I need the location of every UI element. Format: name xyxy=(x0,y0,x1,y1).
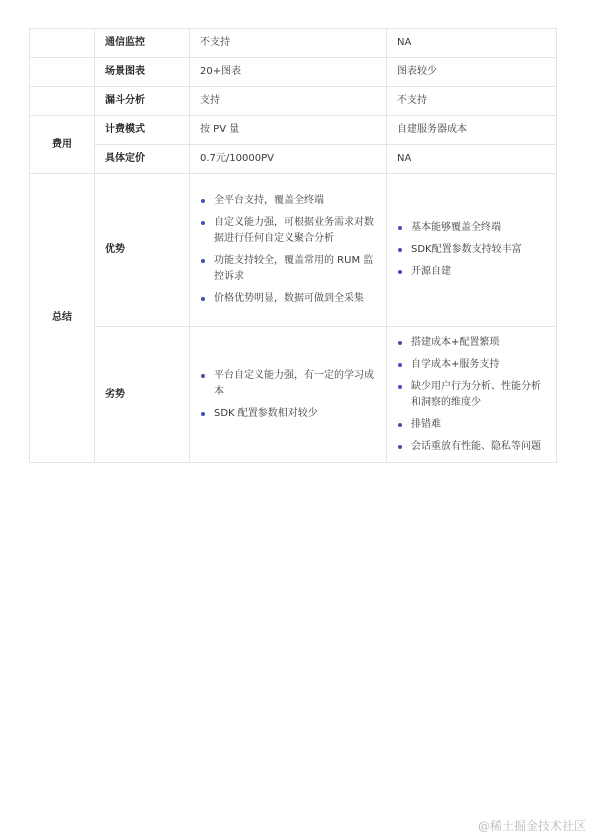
category-cell xyxy=(30,29,95,58)
feature-cell: 漏斗分析 xyxy=(95,87,190,116)
table-row: 通信监控 不支持 NA xyxy=(30,29,557,58)
bullet-icon xyxy=(201,412,205,416)
advantages-list-a-cell: 全平台支持，覆盖全终端 自定义能力强，可根据业务需求对数据进行任何自定义聚合分析… xyxy=(190,174,387,327)
category-cell xyxy=(30,58,95,87)
list-item: 基本能够覆盖全终端 xyxy=(397,220,546,236)
table-row: 场景图表 20+图表 图表较少 xyxy=(30,58,557,87)
feature-cell: 计费模式 xyxy=(95,116,190,145)
bullet-icon xyxy=(398,248,402,252)
disadvantages-list-b-cell: 搭建成本+配置繁琐 自学成本+服务支持 缺少用户行为分析、性能分析和洞察的维度少… xyxy=(387,327,557,463)
list-item: 缺少用户行为分析、性能分析和洞察的维度少 xyxy=(397,379,546,411)
table-row-advantages: 总结 优势 全平台支持，覆盖全终端 自定义能力强，可根据业务需求对数据进行任何自… xyxy=(30,174,557,327)
list-item: 自定义能力强，可根据业务需求对数据进行任何自定义聚合分析 xyxy=(200,215,376,247)
value-cell-a: 不支持 xyxy=(190,29,387,58)
bullet-icon xyxy=(398,385,402,389)
disadvantages-list-a-cell: 平台自定义能力强，有一定的学习成本 SDK 配置参数相对较少 xyxy=(190,327,387,463)
bullet-icon xyxy=(398,270,402,274)
list-item: 价格优势明显，数据可做到全采集 xyxy=(200,291,376,307)
list-item: SDK 配置参数相对较少 xyxy=(200,406,376,422)
value-cell-b: 不支持 xyxy=(387,87,557,116)
table-row: 费用 计费模式 按 PV 量 自建服务器成本 xyxy=(30,116,557,145)
value-cell-a: 20+图表 xyxy=(190,58,387,87)
watermark: @稀土掘金技术社区 xyxy=(478,817,586,834)
list-item: 自学成本+服务支持 xyxy=(397,357,546,373)
value-cell-b: NA xyxy=(387,29,557,58)
list-item: 开源自建 xyxy=(397,264,546,280)
advantages-list-b: 基本能够覆盖全终端 SDK配置参数支持较丰富 开源自建 xyxy=(397,220,546,280)
bullet-icon xyxy=(398,341,402,345)
list-item: SDK配置参数支持较丰富 xyxy=(397,242,546,258)
category-cell-summary: 总结 xyxy=(30,174,95,463)
comparison-table: 通信监控 不支持 NA 场景图表 20+图表 图表较少 漏斗分析 支持 不支持 … xyxy=(29,28,557,463)
table-row: 漏斗分析 支持 不支持 xyxy=(30,87,557,116)
list-item: 平台自定义能力强，有一定的学习成本 xyxy=(200,368,376,400)
list-item: 功能支持较全，覆盖常用的 RUM 监控诉求 xyxy=(200,253,376,285)
list-item: 搭建成本+配置繁琐 xyxy=(397,335,546,351)
disadvantages-list-a: 平台自定义能力强，有一定的学习成本 SDK 配置参数相对较少 xyxy=(200,368,376,422)
bullet-icon xyxy=(398,226,402,230)
category-cell-cost: 费用 xyxy=(30,116,95,174)
feature-cell: 优势 xyxy=(95,174,190,327)
bullet-icon xyxy=(201,221,205,225)
value-cell-a: 按 PV 量 xyxy=(190,116,387,145)
value-cell-a: 支持 xyxy=(190,87,387,116)
value-cell-b: 图表较少 xyxy=(387,58,557,87)
bullet-icon xyxy=(398,363,402,367)
bullet-icon xyxy=(398,423,402,427)
disadvantages-list-b: 搭建成本+配置繁琐 自学成本+服务支持 缺少用户行为分析、性能分析和洞察的维度少… xyxy=(397,335,546,455)
feature-cell: 劣势 xyxy=(95,327,190,463)
bullet-icon xyxy=(398,445,402,449)
value-cell-b: 自建服务器成本 xyxy=(387,116,557,145)
value-cell-b: NA xyxy=(387,145,557,174)
category-cell xyxy=(30,87,95,116)
bullet-icon xyxy=(201,259,205,263)
bullet-icon xyxy=(201,374,205,378)
feature-cell: 通信监控 xyxy=(95,29,190,58)
table-row-disadvantages: 劣势 平台自定义能力强，有一定的学习成本 SDK 配置参数相对较少 搭建成本+配… xyxy=(30,327,557,463)
bullet-icon xyxy=(201,297,205,301)
list-item: 会话重放有性能、隐私等问题 xyxy=(397,439,546,455)
value-cell-a: 0.7元/10000PV xyxy=(190,145,387,174)
list-item: 排错难 xyxy=(397,417,546,433)
feature-cell: 具体定价 xyxy=(95,145,190,174)
bullet-icon xyxy=(201,199,205,203)
advantages-list-a: 全平台支持，覆盖全终端 自定义能力强，可根据业务需求对数据进行任何自定义聚合分析… xyxy=(200,193,376,307)
list-item: 全平台支持，覆盖全终端 xyxy=(200,193,376,209)
feature-cell: 场景图表 xyxy=(95,58,190,87)
advantages-list-b-cell: 基本能够覆盖全终端 SDK配置参数支持较丰富 开源自建 xyxy=(387,174,557,327)
table-row: 具体定价 0.7元/10000PV NA xyxy=(30,145,557,174)
